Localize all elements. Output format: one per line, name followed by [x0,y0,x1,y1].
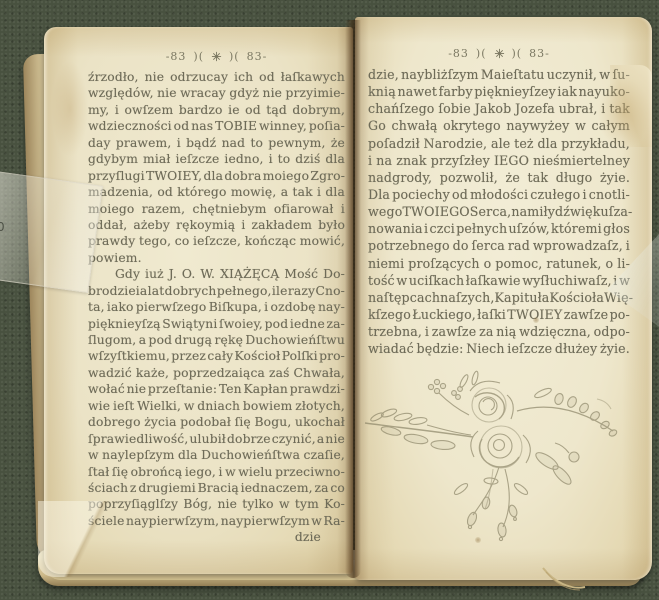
text-line: inaznakprzyſzłeyIEGOnieśmiertelney [368,153,630,170]
text-line: ściachzdrugiemiBraciąiednaczem,zaco [88,481,345,497]
paren-ornament: )( [512,47,523,60]
text-line: względów,niewracaygdyżnieprzyimie- [88,86,345,102]
foxing-stain [52,61,88,157]
text-line: wdziecznościodnasTOBIEwinney,poſia- [88,119,345,135]
text-line: wnaylepſzymdlaDuchowieńſtwaczaſie, [88,448,345,464]
text-line: dayprawem,ibądźnadtopewnym,że [88,136,345,152]
text-line: moiegorazem,chętniebymofiarowałi [88,202,345,218]
floral-ornament [361,369,629,547]
text-line: wadzićkaże,poprzedzaiącazaśChwała, [88,366,345,382]
right-page-text: dzie,naybliżſzymMaieſtatuuczynił,wſu-kni… [368,67,630,358]
text-line: chańſzegoſobieJakobJozefaubrał,itak [368,101,630,118]
text-line: dzie,naybliżſzymMaieſtatuuczynił,wſu- [368,67,630,84]
text-line: brodzieialatdobrychpełnego,ilerazyCno- [88,284,345,300]
margin-label: 0 [0,220,5,234]
text-line: Dlapociechyodmłodościczułegoicnotli- [368,187,630,204]
text-line: niemiproſzącychopomoc,ratunek,oli- [368,256,630,273]
text-line: madzenia,odktóregomowię,atakidla [88,185,345,201]
paragraph-indent [88,267,110,283]
text-line: gdybymmiałieſzczeiedno,itodziśdla [88,152,345,168]
text-line: wegoTWOIEGOSerca,namiłydźwiękuſza- [368,204,630,221]
paren-ornament: )( [476,47,487,60]
text-line: oddał,ażebyrękoymiąizakładembyło [88,218,345,234]
text-line: kſzegoŁuckiego,łaſkiTWOIEYzawſzepo- [368,307,630,324]
star-ornament-icon [211,51,222,62]
text-line: pięknieyſząSwiątyniſwoiey,podiedneza- [88,317,345,333]
text-line: ta,iakopierwſzegoBiſkupa,iozdobęnay- [88,300,345,316]
page-fold-crease [38,501,134,577]
text-line: prawdytego,coieſzcze,kończącmowić, [88,234,345,250]
text-line: trzebna,izawſzezaniąwdzięczna,odpo- [368,324,630,341]
paren-ornament: )( [229,50,240,63]
text-line: nadgrody,pozwolił,żetakdługożyie. [368,170,630,187]
text-line: ſlugom,apoddrugąrękęDuchowieńſtwu [88,333,345,349]
text-line: wſzyſtkiemu,przezcałyKościołPolſkipro- [88,349,345,365]
text-line: GdyiużJ.O.W.XIĄŻĘCĄMośćDo- [88,267,345,283]
text-line: kniąnawetfarbypięknieyſzeyiaknayuko- [368,84,630,101]
text-line: wołaćnieprzeſtanie:TenKapłanprawdzi- [88,382,345,398]
text-line: tośćwuciſkachłaſkawiewyſłuchiwaſz,iw [368,273,630,290]
text-line: wiadaćbędzie:Niechieſzczedłużeyżyie. [368,341,630,358]
text-line: dobregożyciapodobałſięBogu,ukochał [88,415,345,431]
text-line: źrzodło,nieodrzucayichodłaſkawych [88,70,345,86]
paren-ornament: )( [193,50,204,63]
text-line: powiem. [88,251,345,267]
text-line: my,iowſzembardzoieodtąddobrym, [88,103,345,119]
right-page: -83 )( )( 83- dzie,naybliżſzymMaieſtatuu… [355,17,652,580]
fleuron-right: 83- [247,50,268,63]
text-line: nowaniaiczcipełnychuſzów,któremigłos [368,221,630,238]
text-line: poſadziłNarodzie,aleteżdlaprzykładu, [368,136,630,153]
text-line: potrzebnegodoſercaradwprowadzaſz,i [368,238,630,255]
book-photo-scene: -83 )( )( 83- źrzodło,nieodrzucayichodła… [0,0,659,600]
text-line: wieieſtWielki,wdniachbowiemzłotych, [88,399,345,415]
left-page-text: źrzodło,nieodrzucayichodłaſkawychwzględó… [88,70,345,547]
fleuron-right: 83- [529,47,550,60]
header-ornament: -83 )( )( 83- [88,50,345,63]
tape-fragment-left [0,171,103,293]
text-line: naſtępcachnaſzych,KapitułaKościołaWię- [368,290,630,307]
header-ornament: -83 )( )( 83- [368,47,630,60]
left-page: -83 )( )( 83- źrzodło,nieodrzucayichodła… [44,27,353,574]
folded-corner [610,65,652,147]
text-line: Gochwałąokrytegonaywyżeywcałym [368,118,630,135]
text-line: ſprawiedliwość,ulubiłdobrzeczynić,anie [88,432,345,448]
text-line: ſtałſięobrońcąiego,iwwieluprzeciwno- [88,465,345,481]
star-ornament-icon [494,48,505,59]
fleuron-left: -83 [166,50,187,63]
loose-thread [540,566,588,598]
book-gutter-shadow [345,20,361,578]
text-line: przyſlugiTWOIEY,dladobramoiegoZgro- [88,169,345,185]
fleuron-left: -83 [448,47,469,60]
